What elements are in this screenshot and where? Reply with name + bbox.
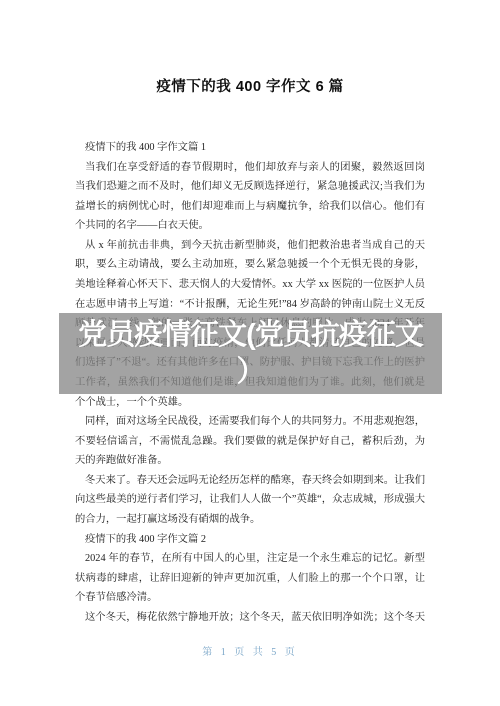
text-line: 在志愿申请书上写道：“不计报酬，无论生死!”84 岁高龄的钟南山院士义无反 [75,295,425,315]
pagination: 第 1 页 共 5 页 [0,643,500,658]
text-line: 职，要么主动请战，要么主动加班，要么紧急驰援一个个无惧无畏的身影，完 [75,255,425,275]
text-line: 天的奔跑做好准备。 [75,451,425,471]
text-line: 疫情下的我 400 字作文篇 2 [75,530,425,550]
text-line: 冬天来了。春天还会远吗无论经历怎样的酷寒，春天终会如期到来。让我们 [75,471,425,491]
text-line: 疫情下的我 400 字作文篇 1 [75,138,425,158]
document-title: 疫情下的我 400 字作文 6 篇 [0,75,500,96]
text-line: 个个战士，一个个英雄。 [75,393,425,413]
text-line: 当我们恐避之而不及时，他们却义无反顾选择逆行，紧急驰援武汉;当我们为日 [75,177,425,197]
text-line: 个共同的名字——白衣天使。 [75,216,425,236]
text-line: 2024 年的春节，在所有中国人的心里，注定是一个永生难忘的记忆。新型冠 [75,549,425,569]
watermark-text-line1: 党员疫情征文(党员抗疫征文 [78,319,423,351]
text-line: 状病毒的肆虐，让辞旧迎新的钟声更加沉重，人们脸上的那一个个口罩，让这 [75,569,425,589]
text-line: 这个冬天，梅花依然宁静地开放；这个冬天，蓝天依旧明净如洗；这个冬天 [75,608,425,628]
text-line: 的合力，一起打赢这场没有硝烟的战争。 [75,510,425,530]
watermark-text: 党员疫情征文(党员抗疫征文 ） [59,317,442,391]
text-line: 益增长的病例忧心时，他们却迎难而上与病魔抗争，给我们以信心。他们有一 [75,197,425,217]
watermark-text-line2: ） [236,356,264,388]
text-line: 当我们在享受舒适的春节假期时，他们却放弃与亲人的团聚，毅然返回岗位； [75,158,425,178]
watermark-overlay: 党员疫情征文(党员抗疫征文 ） [59,313,442,394]
document-page: 疫情下的我 400 字作文 6 篇 疫情下的我 400 字作文篇 1当我们在享受… [0,0,500,706]
text-line: 个春节倍感冷清。 [75,588,425,608]
text-line: 向这些最美的逆行者们学习，让我们人人做一个”英雄“，众志成城，形成强大 [75,490,425,510]
text-line: 美地诠释着心怀天下、悲天悯人的大爱情怀。xx 大学 xx 医院的一位医护人员 [75,275,425,295]
text-line: 不要轻信谣言，不需慌乱急躁。我们要做的就是保护好自己，蓄积后劲，为明 [75,432,425,452]
text-line: 从 x 年前抗击非典，到今天抗击新型肺炎，他们把救治患者当成自己的天 [75,236,425,256]
text-line: 同样，面对这场全民战役，还需要我们每个人的共同努力。不用悲观抱怨， [75,412,425,432]
